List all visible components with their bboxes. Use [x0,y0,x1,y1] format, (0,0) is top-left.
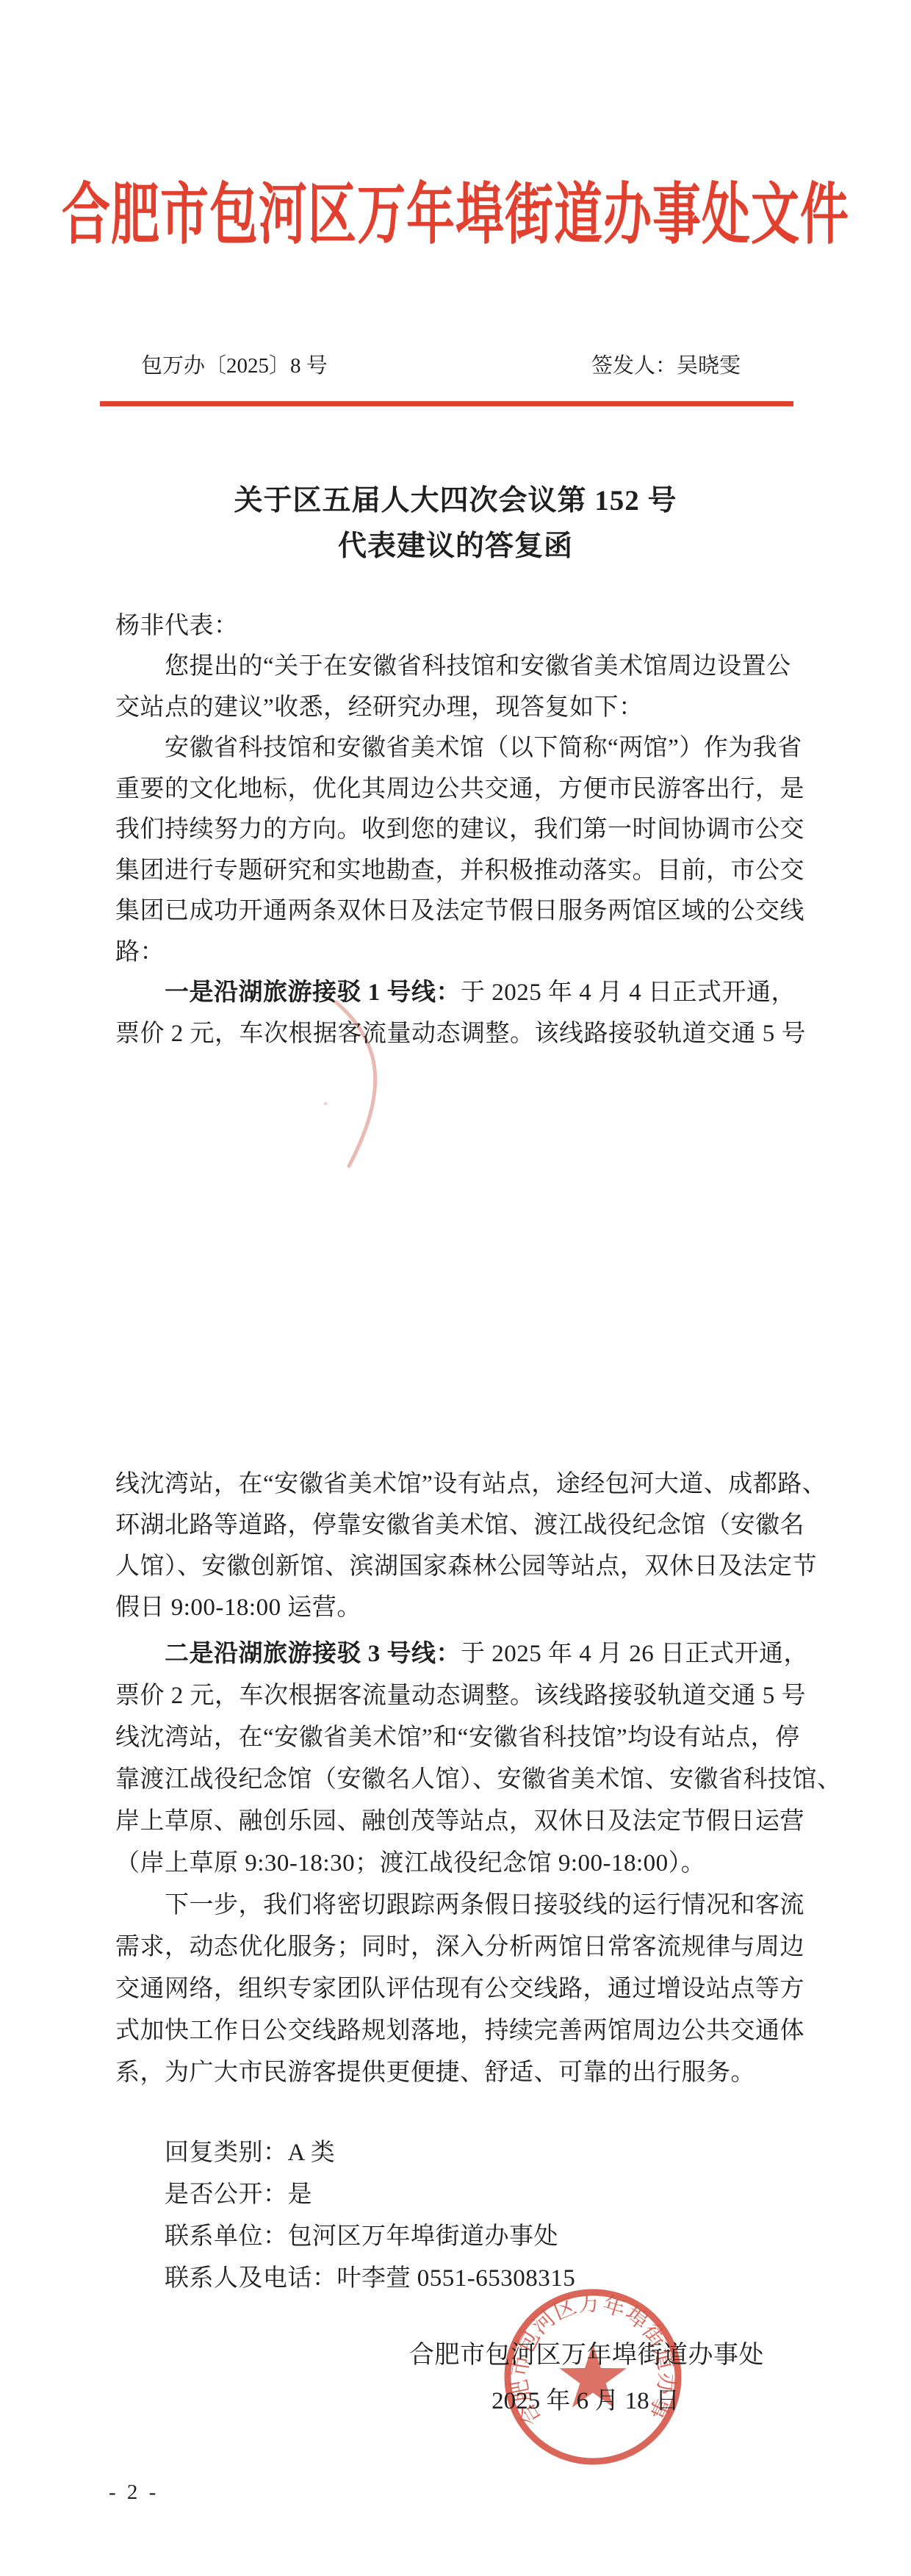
body-line-route2: 二是沿湖旅游接驳 3 号线：于 2025 年 4 月 26 日正式开通， [115,1634,855,1674]
body-line: 集团已成功开通两条双休日及法定节假日服务两馆区域的公交线 [115,891,806,932]
body-line: 交通网络，组织专家团队评估现有公交线路，通过增设站点等方 [115,1969,806,2010]
body-line: 重要的文化地标，优化其周边公共交通，方便市民游客出行，是 [115,769,806,810]
route2-heading: 二是沿湖旅游接驳 3 号线： [165,1641,461,1667]
is-public: 是否公开：是 [115,2175,855,2215]
body-line-salutation: 杨非代表： [115,606,806,647]
document-page: 合肥市包河区万年埠街道办事处文件 包万办〔2025〕8 号 签发人：吴晓雯 关于… [0,0,911,2576]
doc-title-line1: 关于区五届人大四次会议第 152 号 [0,478,911,519]
body-line: 您提出的“关于在安徽省科技馆和安徽省美术馆周边设置公 [115,647,855,687]
body-line: 靠渡江战役纪念馆（安徽名人馆）、安徽省美术馆、安徽省科技馆、 [115,1760,806,1800]
body-line: 交站点的建议”收悉，经研究办理，现答复如下： [115,688,806,728]
body-line: 线沈湾站，在“安徽省美术馆”设有站点，途经包河大道、成都路、 [115,1464,806,1505]
route2-rest: 于 2025 年 4 月 26 日正式开通， [461,1641,808,1667]
signature-date: 2025 年 6 月 18 日 [409,2381,762,2422]
doc-number: 包万办〔2025〕8 号 [141,351,328,381]
signature-org: 合肥市包河区万年埠街道办事处 [409,2335,777,2375]
body-line: 需求，动态优化服务；同时，深入分析两馆日常客流规律与周边 [115,1927,806,1968]
body-line: 式加快工作日公交线路规划落地，持续完善两馆周边公共交通体 [115,2011,806,2051]
body-line: 我们持续努力的方向。收到您的建议，我们第一时间协调市公交 [115,810,806,850]
body-line: 环湖北路等道路，停靠安徽省美术馆、渡江战役纪念馆（安徽名 [115,1505,806,1546]
body-line: 票价 2 元，车次根据客流量动态调整。该线路接驳轨道交通 5 号 [115,1676,806,1716]
body-line: 线沈湾站，在“安徽省美术馆”和“安徽省科技馆”均设有站点，停 [115,1718,806,1758]
body-line: 岸上草原、融创乐园、融创茂等站点，双休日及法定节假日运营 [115,1802,806,1842]
body-line: 系，为广大市民游客提供更便捷、舒适、可靠的出行服务。 [115,2053,806,2093]
page-number: - 2 - [109,2478,159,2507]
body-line: 票价 2 元，车次根据客流量动态调整。该线路接驳轨道交通 5 号 [115,1014,806,1054]
route1-heading: 一是沿湖旅游接驳 1 号线： [165,979,461,1006]
body-line: （岸上草原 9:30-18:30；渡江战役纪念馆 9:00-18:00）。 [115,1843,806,1884]
issuer-line: 签发人：吴晓雯 [591,351,741,381]
body-line: 假日 9:00-18:00 运营。 [115,1588,806,1628]
letterhead-title: 合肥市包河区万年埠街道办事处文件 [0,160,911,256]
reply-category: 回复类别：A 类 [115,2133,855,2173]
body-line: 集团进行专题研究和实地勘查，并积极推动落实。目前，市公交 [115,851,806,891]
contact-person-phone: 联系人及电话：叶李萱 0551-65308315 [115,2259,855,2299]
red-divider [100,401,793,406]
contact-unit: 联系单位：包河区万年埠街道办事处 [115,2217,855,2257]
doc-title-line2: 代表建议的答复函 [0,523,911,564]
body-line: 人馆）、安徽创新馆、滨湖国家森林公园等站点，双休日及法定节 [115,1547,806,1587]
body-line: 下一步，我们将密切跟踪两条假日接驳线的运行情况和客流 [115,1885,855,1926]
body-line: 路： [115,932,806,973]
body-line-route1: 一是沿湖旅游接驳 1 号线：于 2025 年 4 月 4 日正式开通， [115,973,855,1013]
route1-rest: 于 2025 年 4 月 4 日正式开通， [461,979,796,1006]
body-line: 安徽省科技馆和安徽省美术馆（以下简称“两馆”）作为我省 [115,728,855,769]
official-seal: 合肥市包河区万年埠街道办事处 [503,2287,683,2467]
